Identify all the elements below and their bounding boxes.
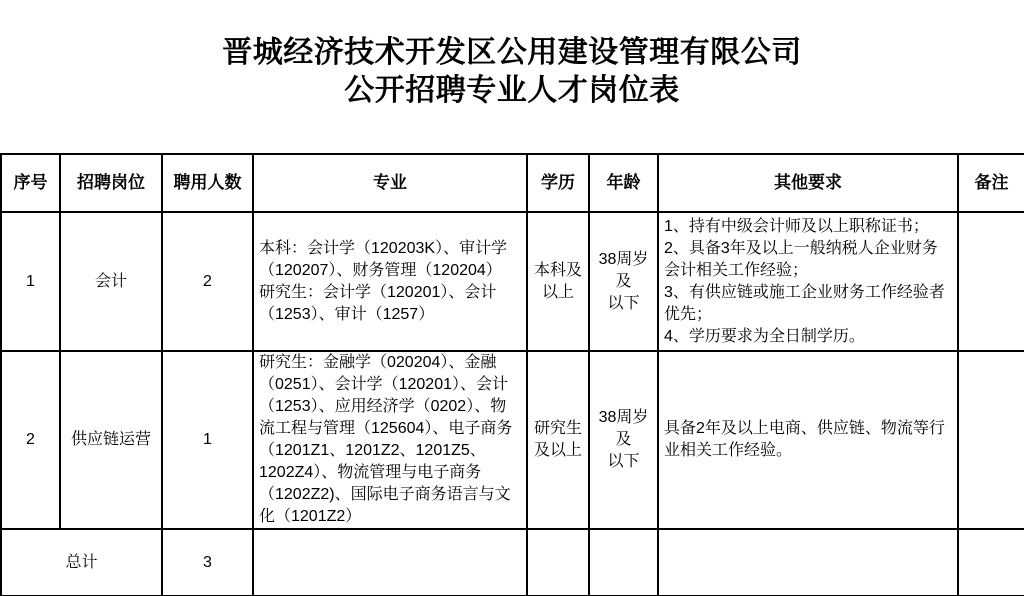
row1-headcount: 2	[162, 212, 253, 351]
recruitment-positions-table: 序号 招聘岗位 聘用人数 专业 学历 年龄 其他要求 备注 1 会计 2 本科：…	[0, 153, 1024, 596]
row1-position: 会计	[60, 212, 162, 351]
header-education: 学历	[527, 154, 589, 212]
row2-major: 研究生：金融学（020204）、金融（0251）、会计学（120201）、会计（…	[253, 351, 527, 529]
total-age	[589, 529, 658, 596]
document-page: 晋城经济技术开发区公用建设管理有限公司 公开招聘专业人才岗位表 序号 招聘岗位 …	[0, 0, 1024, 596]
table-row-supply-chain-operations: 2 供应链运营 1 研究生：金融学（020204）、金融（0251）、会计学（1…	[1, 351, 1024, 529]
row2-headcount: 1	[162, 351, 253, 529]
header-age: 年龄	[589, 154, 658, 212]
row2-seq: 2	[1, 351, 60, 529]
header-headcount: 聘用人数	[162, 154, 253, 212]
document-title: 晋城经济技术开发区公用建设管理有限公司 公开招聘专业人才岗位表	[0, 0, 1024, 110]
total-headcount: 3	[162, 529, 253, 596]
row1-remarks	[958, 212, 1024, 351]
total-education	[527, 529, 589, 596]
row2-remarks	[958, 351, 1024, 529]
total-label: 总计	[1, 529, 162, 596]
table-total-row: 总计 3	[1, 529, 1024, 596]
total-remarks	[958, 529, 1024, 596]
row2-age: 38周岁及 以下	[589, 351, 658, 529]
title-line-1: 晋城经济技术开发区公用建设管理有限公司	[0, 34, 1024, 72]
row2-position: 供应链运营	[60, 351, 162, 529]
header-position: 招聘岗位	[60, 154, 162, 212]
row2-education: 研究生 及以上	[527, 351, 589, 529]
row1-other-requirements: 1、持有中级会计师及以上职称证书； 2、具备3年及以上一般纳税人企业财务会计相关…	[658, 212, 958, 351]
title-line-2: 公开招聘专业人才岗位表	[0, 72, 1024, 110]
row1-major: 本科：会计学（120203K）、审计学（120207）、财务管理（120204）…	[253, 212, 527, 351]
row2-other-requirements: 具备2年及以上电商、供应链、物流等行业相关工作经验。	[658, 351, 958, 529]
table-row-accountant: 1 会计 2 本科：会计学（120203K）、审计学（120207）、财务管理（…	[1, 212, 1024, 351]
header-remarks: 备注	[958, 154, 1024, 212]
row1-education: 本科及 以上	[527, 212, 589, 351]
row1-age: 38周岁及 以下	[589, 212, 658, 351]
total-major	[253, 529, 527, 596]
header-seq: 序号	[1, 154, 60, 212]
header-other-requirements: 其他要求	[658, 154, 958, 212]
row1-seq: 1	[1, 212, 60, 351]
total-other-requirements	[658, 529, 958, 596]
header-major: 专业	[253, 154, 527, 212]
table-header-row: 序号 招聘岗位 聘用人数 专业 学历 年龄 其他要求 备注	[1, 154, 1024, 212]
